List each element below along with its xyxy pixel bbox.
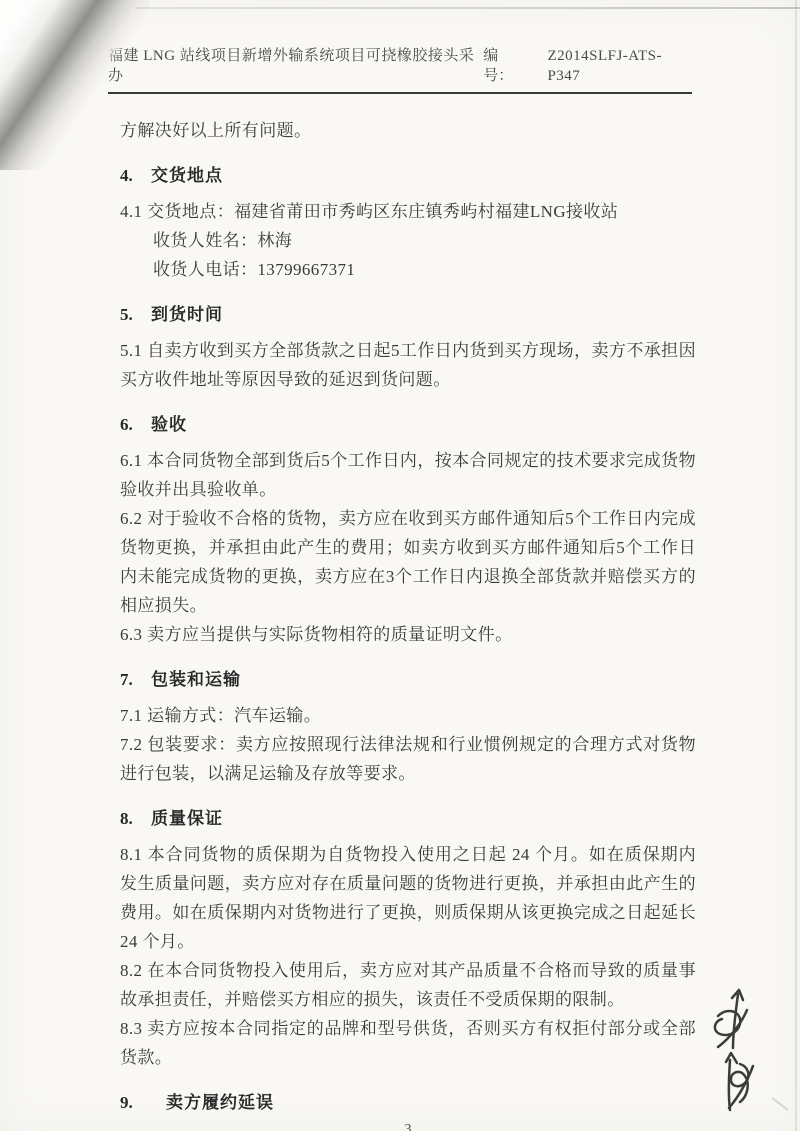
section-heading: 9. 卖方履约延误 xyxy=(120,1092,696,1114)
section-arrival-time: 5. 到货时间 5.1 自卖方收到买方全部货款之日起5工作日内货到买方现场，卖方… xyxy=(120,304,696,394)
carryover-paragraph: 方解决好以上所有问题。 xyxy=(120,116,696,145)
section-heading: 8. 质量保证 xyxy=(120,808,696,830)
section-title: 质量保证 xyxy=(151,809,223,828)
document-number: 编号： Z2014SLFJ-ATS-P347 xyxy=(483,46,692,86)
section-title: 交货地点 xyxy=(151,166,223,185)
paragraph: 6.3 卖方应当提供与实际货物相符的质量证明文件。 xyxy=(120,620,696,649)
paragraph: 7.1 运输方式：汽车运输。 xyxy=(120,701,696,730)
section-packing-transport: 7. 包装和运输 7.1 运输方式：汽车运输。 7.2 包装要求：卖方应按照现行… xyxy=(120,669,696,788)
document-number-value: Z2014SLFJ-ATS-P347 xyxy=(547,46,692,86)
paragraph: 8.2 在本合同货物投入使用后，卖方应对其产品质量不合格而导致的质量事故承担责任… xyxy=(120,956,696,1014)
section-heading: 7. 包装和运输 xyxy=(120,669,696,691)
paragraph: 收货人电话：13799667371 xyxy=(120,255,696,284)
paragraph: 收货人姓名：林海 xyxy=(120,226,696,255)
section-quality-guarantee: 8. 质量保证 8.1 本合同货物的质保期为自货物投入使用之日起 24 个月。如… xyxy=(120,808,696,1072)
paragraph: 8.1 本合同货物的质保期为自货物投入使用之日起 24 个月。如在质保期内发生质… xyxy=(120,840,696,956)
document-body: 方解决好以上所有问题。 4. 交货地点 4.1 交货地点：福建省莆田市秀屿区东庄… xyxy=(120,116,696,1131)
section-seller-delay: 9. 卖方履约延误 xyxy=(120,1092,696,1114)
section-number: 6. xyxy=(120,415,133,434)
section-title: 包装和运输 xyxy=(151,670,241,689)
scan-edge-top xyxy=(135,7,800,9)
handwritten-signature xyxy=(700,988,772,1120)
paragraph: 6.2 对于验收不合格的货物，卖方应在收到买方邮件通知后5个工作日内完成货物更换… xyxy=(120,504,696,620)
section-heading: 5. 到货时间 xyxy=(120,304,696,326)
paragraph: 8.3 卖方应按本合同指定的品牌和型号供货，否则买方有权拒付部分或全部货款。 xyxy=(120,1014,696,1072)
page-fold-corner xyxy=(0,0,150,170)
scan-edge-right xyxy=(795,0,797,1131)
section-heading: 6. 验收 xyxy=(120,414,696,436)
section-title: 卖方履约延误 xyxy=(166,1093,274,1112)
document-number-label: 编号： xyxy=(483,46,527,86)
paragraph: 7.2 包装要求：卖方应按照现行法律法规和行业惯例规定的合理方式对货物进行包装，… xyxy=(120,730,696,788)
scan-artifact xyxy=(772,1097,789,1111)
section-title: 验收 xyxy=(151,415,187,434)
paragraph: 6.1 本合同货物全部到货后5个工作日内，按本合同规定的技术要求完成货物验收并出… xyxy=(120,446,696,504)
document-title: 福建 LNG 站线项目新增外输系统项目可挠橡胶接头采办 xyxy=(108,46,483,86)
section-heading: 4. 交货地点 xyxy=(120,165,696,187)
section-number: 8. xyxy=(120,809,133,828)
section-acceptance: 6. 验收 6.1 本合同货物全部到货后5个工作日内，按本合同规定的技术要求完成… xyxy=(120,414,696,649)
scanned-contract-page: 福建 LNG 站线项目新增外输系统项目可挠橡胶接头采办 编号： Z2014SLF… xyxy=(0,0,800,1131)
paragraph: 5.1 自卖方收到买方全部货款之日起5工作日内货到买方现场，卖方不承担因买方收件… xyxy=(120,336,696,394)
section-number: 5. xyxy=(120,305,133,324)
section-number: 7. xyxy=(120,670,133,689)
page-number: 3 xyxy=(120,1122,696,1131)
page-header: 福建 LNG 站线项目新增外输系统项目可挠橡胶接头采办 编号： Z2014SLF… xyxy=(108,46,692,94)
paragraph: 4.1 交货地点：福建省莆田市秀屿区东庄镇秀屿村福建LNG接收站 xyxy=(120,197,696,226)
section-number: 9. xyxy=(120,1093,133,1112)
section-title: 到货时间 xyxy=(151,305,223,324)
section-delivery-location: 4. 交货地点 4.1 交货地点：福建省莆田市秀屿区东庄镇秀屿村福建LNG接收站… xyxy=(120,165,696,284)
